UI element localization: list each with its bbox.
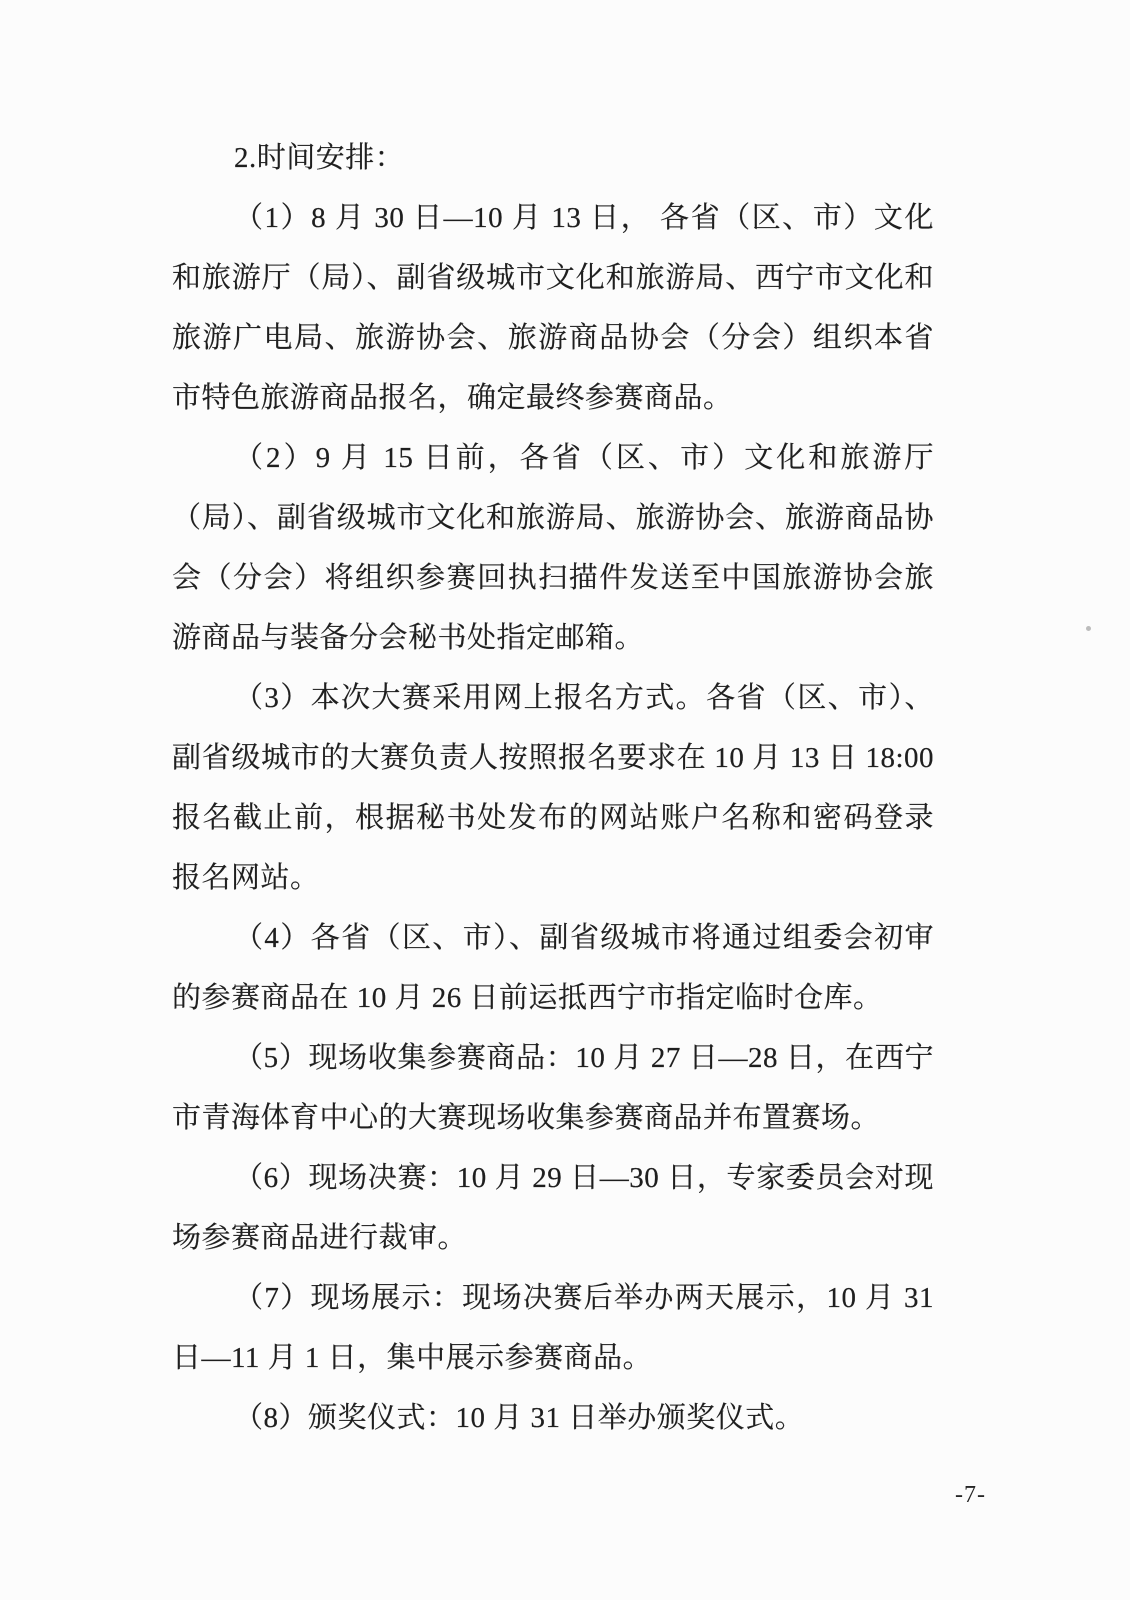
paragraph-3: （3）本次大赛采用网上报名方式。各省（区、市）、副省级城市的大赛负责人按照报名要… [172, 668, 934, 908]
scan-artifact-dot [1086, 626, 1091, 631]
paragraph-5: （5）现场收集参赛商品：10 月 27 日—28 日，在西宁市青海体育中心的大赛… [172, 1028, 934, 1148]
document-body: 2.时间安排： （1）8 月 30 日—10 月 13 日， 各省（区、市）文化… [172, 128, 934, 1448]
paragraph-7: （7）现场展示：现场决赛后举办两天展示，10 月 31 日—11 月 1 日，集… [172, 1268, 934, 1388]
page-number: -7- [955, 1482, 986, 1509]
scanned-document-page: 2.时间安排： （1）8 月 30 日—10 月 13 日， 各省（区、市）文化… [0, 0, 1130, 1600]
section-heading: 2.时间安排： [172, 128, 934, 188]
paragraph-2: （2）9 月 15 日前，各省（区、市）文化和旅游厅（局）、副省级城市文化和旅游… [172, 428, 934, 668]
paragraph-8: （8）颁奖仪式：10 月 31 日举办颁奖仪式。 [172, 1388, 934, 1448]
paragraph-1: （1）8 月 30 日—10 月 13 日， 各省（区、市）文化和旅游厅（局）、… [172, 188, 934, 428]
paragraph-6: （6）现场决赛：10 月 29 日—30 日，专家委员会对现场参赛商品进行裁审。 [172, 1148, 934, 1268]
paragraph-4: （4）各省（区、市）、副省级城市将通过组委会初审的参赛商品在 10 月 26 日… [172, 908, 934, 1028]
